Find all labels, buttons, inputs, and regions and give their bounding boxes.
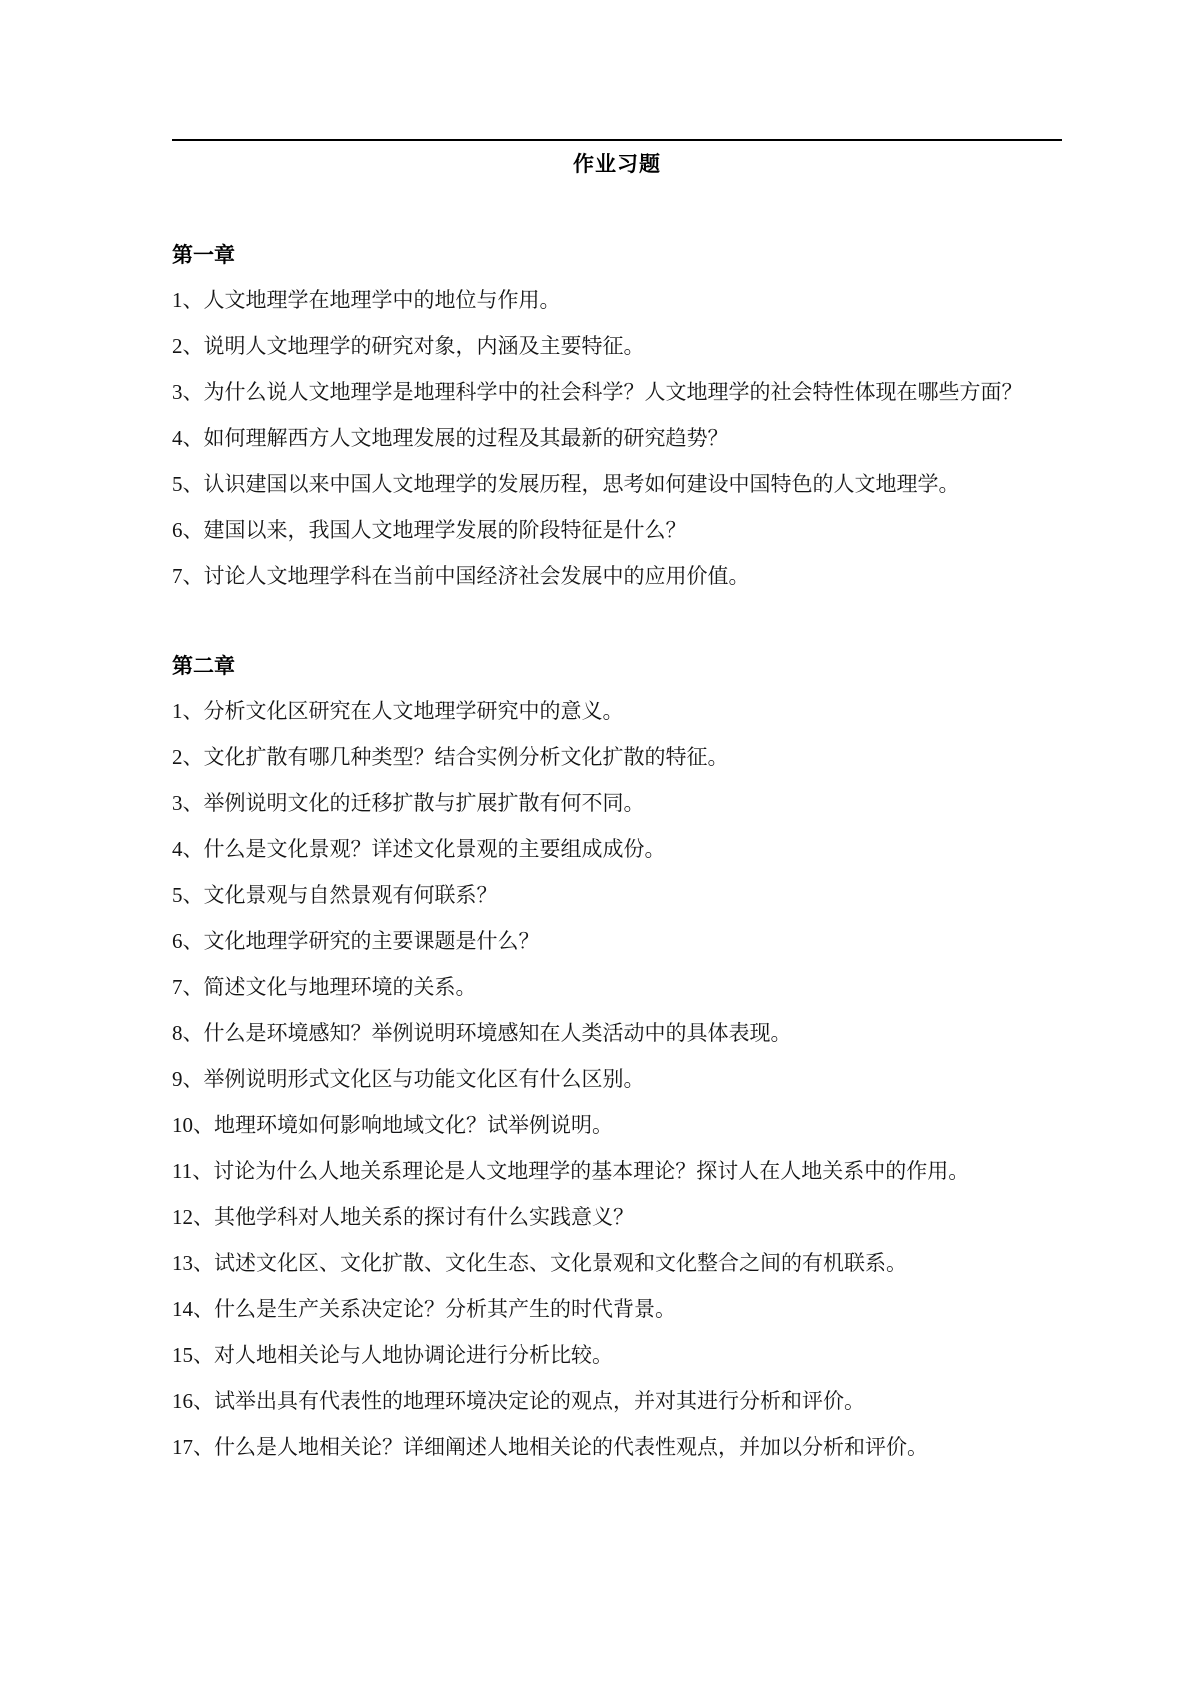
chapter-heading: 第一章 (172, 243, 1062, 269)
question-item: 7、简述文化与地理环境的关系。 (172, 974, 1062, 1000)
question-item: 6、文化地理学研究的主要课题是什么？ (172, 928, 1062, 954)
sections-container: 第一章 1、人文地理学在地理学中的地位与作用。 2、说明人文地理学的研究对象，内… (172, 243, 1062, 1460)
document-title: 作业习题 (172, 152, 1062, 178)
question-item: 13、试述文化区、文化扩散、文化生态、文化景观和文化整合之间的有机联系。 (172, 1250, 1062, 1276)
question-item: 5、认识建国以来中国人文地理学的发展历程，思考如何建设中国特色的人文地理学。 (172, 471, 1062, 497)
question-item: 3、举例说明文化的迁移扩散与扩展扩散有何不同。 (172, 790, 1062, 816)
chapter-section: 第二章 1、分析文化区研究在人文地理学研究中的意义。 2、文化扩散有哪几种类型？… (172, 654, 1062, 1460)
question-item: 12、其他学科对人地关系的探讨有什么实践意义？ (172, 1204, 1062, 1230)
question-item: 2、说明人文地理学的研究对象，内涵及主要特征。 (172, 333, 1062, 359)
question-item: 1、人文地理学在地理学中的地位与作用。 (172, 287, 1062, 313)
chapter-section: 第一章 1、人文地理学在地理学中的地位与作用。 2、说明人文地理学的研究对象，内… (172, 243, 1062, 589)
question-item: 5、文化景观与自然景观有何联系？ (172, 882, 1062, 908)
question-item: 10、地理环境如何影响地域文化？试举例说明。 (172, 1112, 1062, 1138)
question-item: 11、讨论为什么人地关系理论是人文地理学的基本理论？探讨人在人地关系中的作用。 (172, 1158, 1062, 1184)
chapter-heading: 第二章 (172, 654, 1062, 680)
question-item: 6、建国以来，我国人文地理学发展的阶段特征是什么？ (172, 517, 1062, 543)
question-item: 16、试举出具有代表性的地理环境决定论的观点，并对其进行分析和评价。 (172, 1388, 1062, 1414)
question-list: 1、人文地理学在地理学中的地位与作用。 2、说明人文地理学的研究对象，内涵及主要… (172, 287, 1062, 589)
question-item: 3、为什么说人文地理学是地理科学中的社会科学？人文地理学的社会特性体现在哪些方面… (172, 379, 1062, 405)
document-page: 作业习题 第一章 1、人文地理学在地理学中的地位与作用。 2、说明人文地理学的研… (172, 139, 1062, 1460)
question-item: 15、对人地相关论与人地协调论进行分析比较。 (172, 1342, 1062, 1368)
question-item: 4、如何理解西方人文地理发展的过程及其最新的研究趋势？ (172, 425, 1062, 451)
question-list: 1、分析文化区研究在人文地理学研究中的意义。 2、文化扩散有哪几种类型？结合实例… (172, 698, 1062, 1460)
question-item: 4、什么是文化景观？详述文化景观的主要组成成份。 (172, 836, 1062, 862)
title-divider (172, 139, 1062, 141)
question-item: 9、举例说明形式文化区与功能文化区有什么区别。 (172, 1066, 1062, 1092)
question-item: 1、分析文化区研究在人文地理学研究中的意义。 (172, 698, 1062, 724)
question-item: 8、什么是环境感知？举例说明环境感知在人类活动中的具体表现。 (172, 1020, 1062, 1046)
question-item: 17、什么是人地相关论？详细阐述人地相关论的代表性观点，并加以分析和评价。 (172, 1434, 1062, 1460)
question-item: 14、什么是生产关系决定论？分析其产生的时代背景。 (172, 1296, 1062, 1322)
question-item: 7、讨论人文地理学科在当前中国经济社会发展中的应用价值。 (172, 563, 1062, 589)
question-item: 2、文化扩散有哪几种类型？结合实例分析文化扩散的特征。 (172, 744, 1062, 770)
